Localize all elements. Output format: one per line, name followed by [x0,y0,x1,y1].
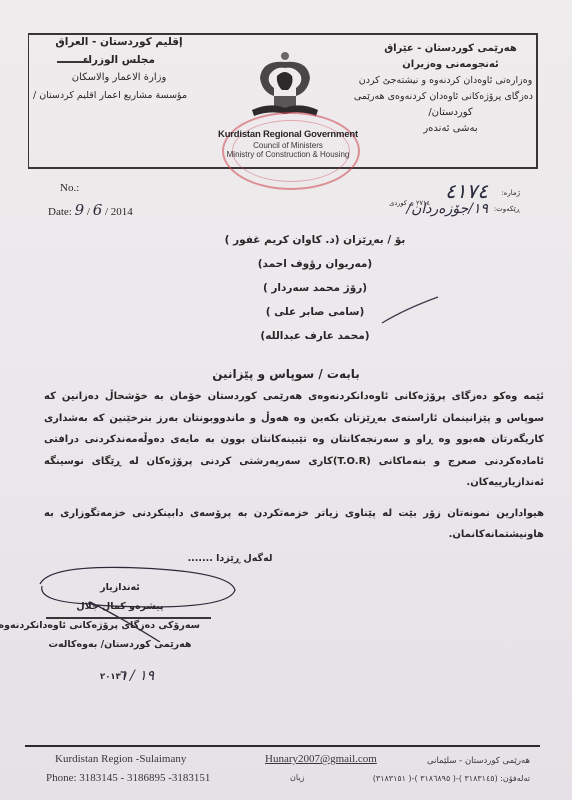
kurdish-kurdistan-line: کوردستان/ [368,105,533,121]
arabic-ministry-line: وزارة الاعمار والاسكان [44,69,194,87]
date-field: Date: 9 / 6 / 2014 [48,201,133,219]
kurdish-ministry-line: وەزارەتی ئاوەدان کردنەوە و نیشتەجێ کردن [358,73,533,89]
letterhead-kurdish: هەرێمی کوردستان - عێراق ئەنجومەنی وەزیرا… [368,33,533,137]
letter-page: إقليم كوردستان - العراق مجلس الوزراء وزا… [0,0,572,800]
ref-number-label: ژمارە: [501,189,520,197]
krg-eagle-emblem-icon [250,48,320,120]
date-day: 9 [75,201,85,219]
arabic-institution-line: مؤسسة مشاريع اعمار اقليم كردستان / [26,87,194,105]
kurdish-council-line: ئەنجومەنی وەزیران [368,57,533,73]
footer-phone-ku: تەلەفۆن: (٣١٨٣١٤٥ )-( ٣١٨٦٨٩٥ )-( ٣١٨٣١٥… [330,774,530,783]
body-paragraph-2: هیوادارین نمونەتان زۆر بێت لە پێناوی زیا… [44,503,544,545]
underline-stroke [57,61,89,63]
letterhead-arabic: إقليم كوردستان - العراق مجلس الوزراء وزا… [44,33,194,105]
recipient-line: (مەریوان رؤوف احمد) [200,252,430,276]
footer-address-en: Kurdistan Region -Sulaimany [55,753,186,765]
signature-date-handwritten: ١٩ / ٦ [118,668,154,684]
body-paragraph-1: ئێمە وەکو دەزگای پرۆژەکانی ئاوەدانکردنەو… [44,386,544,494]
date-month: 6 [93,201,103,219]
signer-title: ئەندازیار [40,578,200,597]
signer-org: هەرێمی کوردستان/ بەوەکالەت [40,635,200,654]
krg-english-title: Kurdistan Regional Government [206,129,370,140]
subject-line: بابەت / سوپاس و پێزانین [0,367,572,381]
recipient-line: بۆ / بەڕێزان (د. کاوان کریم غفور ) [200,228,430,252]
ref-number: ٤١٧٤ [445,179,488,203]
kurdish-region-line: هەرێمی کوردستان - عێراق [368,41,533,57]
kurdish-department-line: بەشی ئەندەر [368,121,533,137]
council-english: Council of Ministers [206,141,370,150]
footer-address-ku: هەرێمی کوردستان - سلێمانی [380,756,530,766]
footer-language-label: زیان [290,773,304,782]
footer-divider [25,745,540,747]
arabic-council-line: مجلس الوزراء [44,51,194,69]
footer-email-link[interactable]: Hunary2007@gmail.com [265,753,377,765]
date-label: Date: [48,206,72,218]
kurdish-projects-line: دەزگای پرۆژەکانی ئاوەدان کردنەوەی هەرێمی [358,89,533,105]
signature-block: ئەندازیار پیشرەو کمال جلال سەرۆکی دەزگای… [40,578,200,654]
signature-rule [46,617,211,619]
recipient-line: (محمد عارف عبدالله) [200,324,430,348]
ministry-english: Ministry of Construction & Housing [206,150,370,159]
pen-tick-mark-icon [380,295,440,325]
recipient-list: بۆ / بەڕێزان (د. کاوان کریم غفور ) (مەری… [200,228,430,348]
number-label: No.: [60,182,79,194]
footer-phone-en: Phone: 3183145 - 3186895 -3183151 [46,772,210,784]
ref-date-label: ڕێکەوت: [494,205,520,213]
signer-position: سەرۆکی دەزگای پرۆژەکانی ئاوەدانکردنەوەی [26,616,200,635]
ref-year-kurdish: ٢٧١٤ ی کوردی [389,199,430,207]
signer-name: پیشرەو کمال جلال [40,597,200,616]
krg-english-subtitle: Council of Ministers Ministry of Constru… [206,141,370,159]
arabic-region-line: إقليم كوردستان - العراق [44,33,194,51]
date-year: 2014 [111,206,133,218]
